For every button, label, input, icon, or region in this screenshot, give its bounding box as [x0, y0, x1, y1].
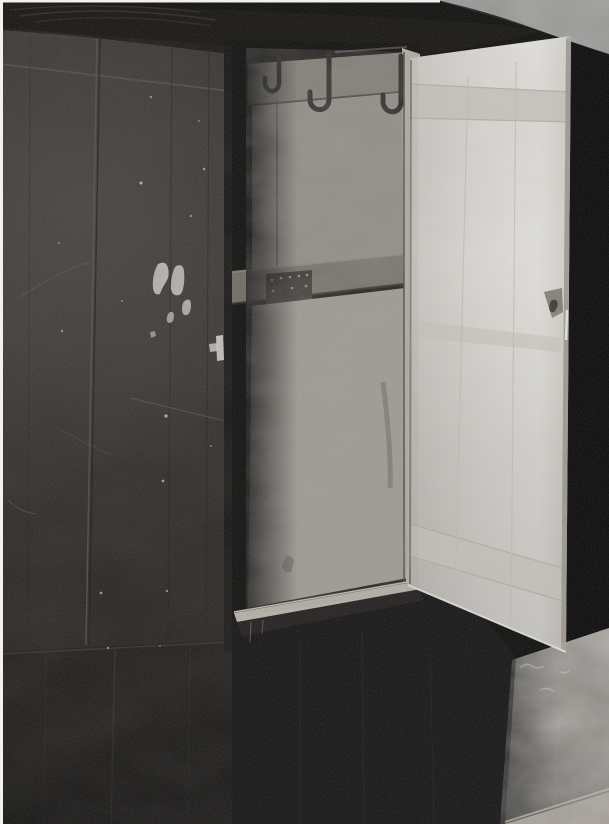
texture-overlays [0, 0, 609, 824]
film-grain [0, 0, 609, 824]
photo-canvas [0, 0, 609, 824]
print-border-left [0, 0, 3, 824]
print-border-top [0, 0, 440, 3]
photograph-cupboard [0, 0, 609, 824]
